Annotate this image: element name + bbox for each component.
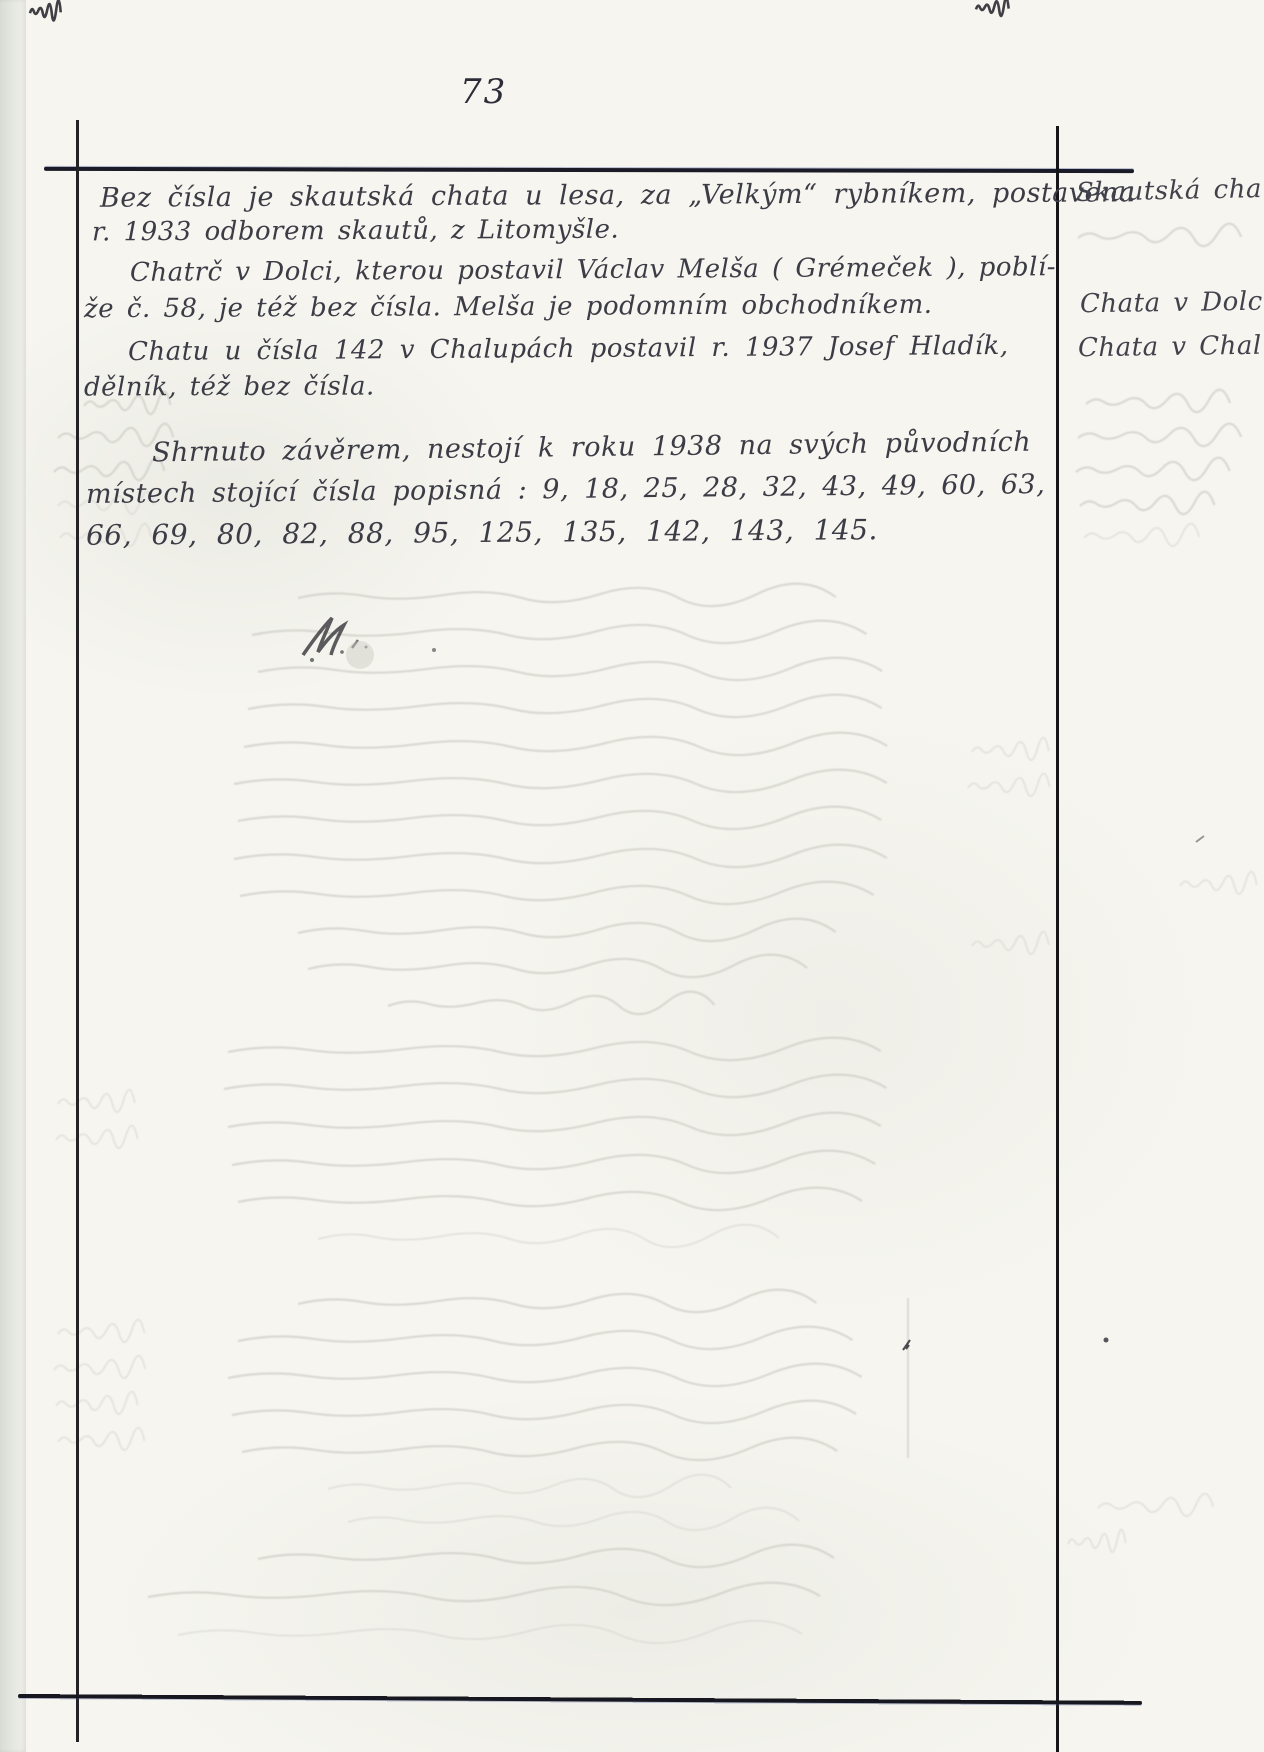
handwriting-line-7: Shrnuto závěrem, nestojí k roku 1938 na …	[152, 427, 1031, 469]
handwriting-line-3: Chatrč v Dolci, kterou postavil Václav M…	[130, 252, 1056, 288]
margin-note-chata-v-dolci: Chata v Dolc	[1080, 287, 1263, 320]
left-margin-rule	[76, 120, 79, 1742]
page-number: 73	[460, 72, 507, 112]
top-rule-line	[44, 167, 1134, 173]
handwriting-line-6: dělník, též bez čísla.	[84, 371, 375, 402]
bottom-rule-line	[18, 1694, 1142, 1705]
scanned-chronicle-page: 73 Bez čísla je skautská chata u lesa, z…	[0, 0, 1264, 1752]
handwriting-line-1: Bez čísla je skautská chata u lesa, za „…	[100, 177, 1136, 213]
handwriting-line-4: že č. 58, je též bez čísla. Melša je pod…	[84, 290, 933, 324]
handwriting-line-9: 66, 69, 80, 82, 88, 95, 125, 135, 142, 1…	[86, 513, 878, 552]
handwriting-line-5: Chatu u čísla 142 v Chalupách postavil r…	[128, 331, 1009, 367]
right-margin-rule	[1056, 126, 1059, 1752]
margin-note-chata-v-chalupach: Chata v Chal	[1078, 331, 1262, 364]
handwriting-line-2: r. 1933 odborem skautů, z Litomyšle.	[92, 215, 619, 248]
handwriting-line-8: místech stojící čísla popisná : 9, 18, 2…	[86, 469, 1046, 510]
scanner-edge-strip	[0, 0, 26, 1752]
margin-note-skautska-chata: Skautská cha	[1076, 174, 1263, 208]
